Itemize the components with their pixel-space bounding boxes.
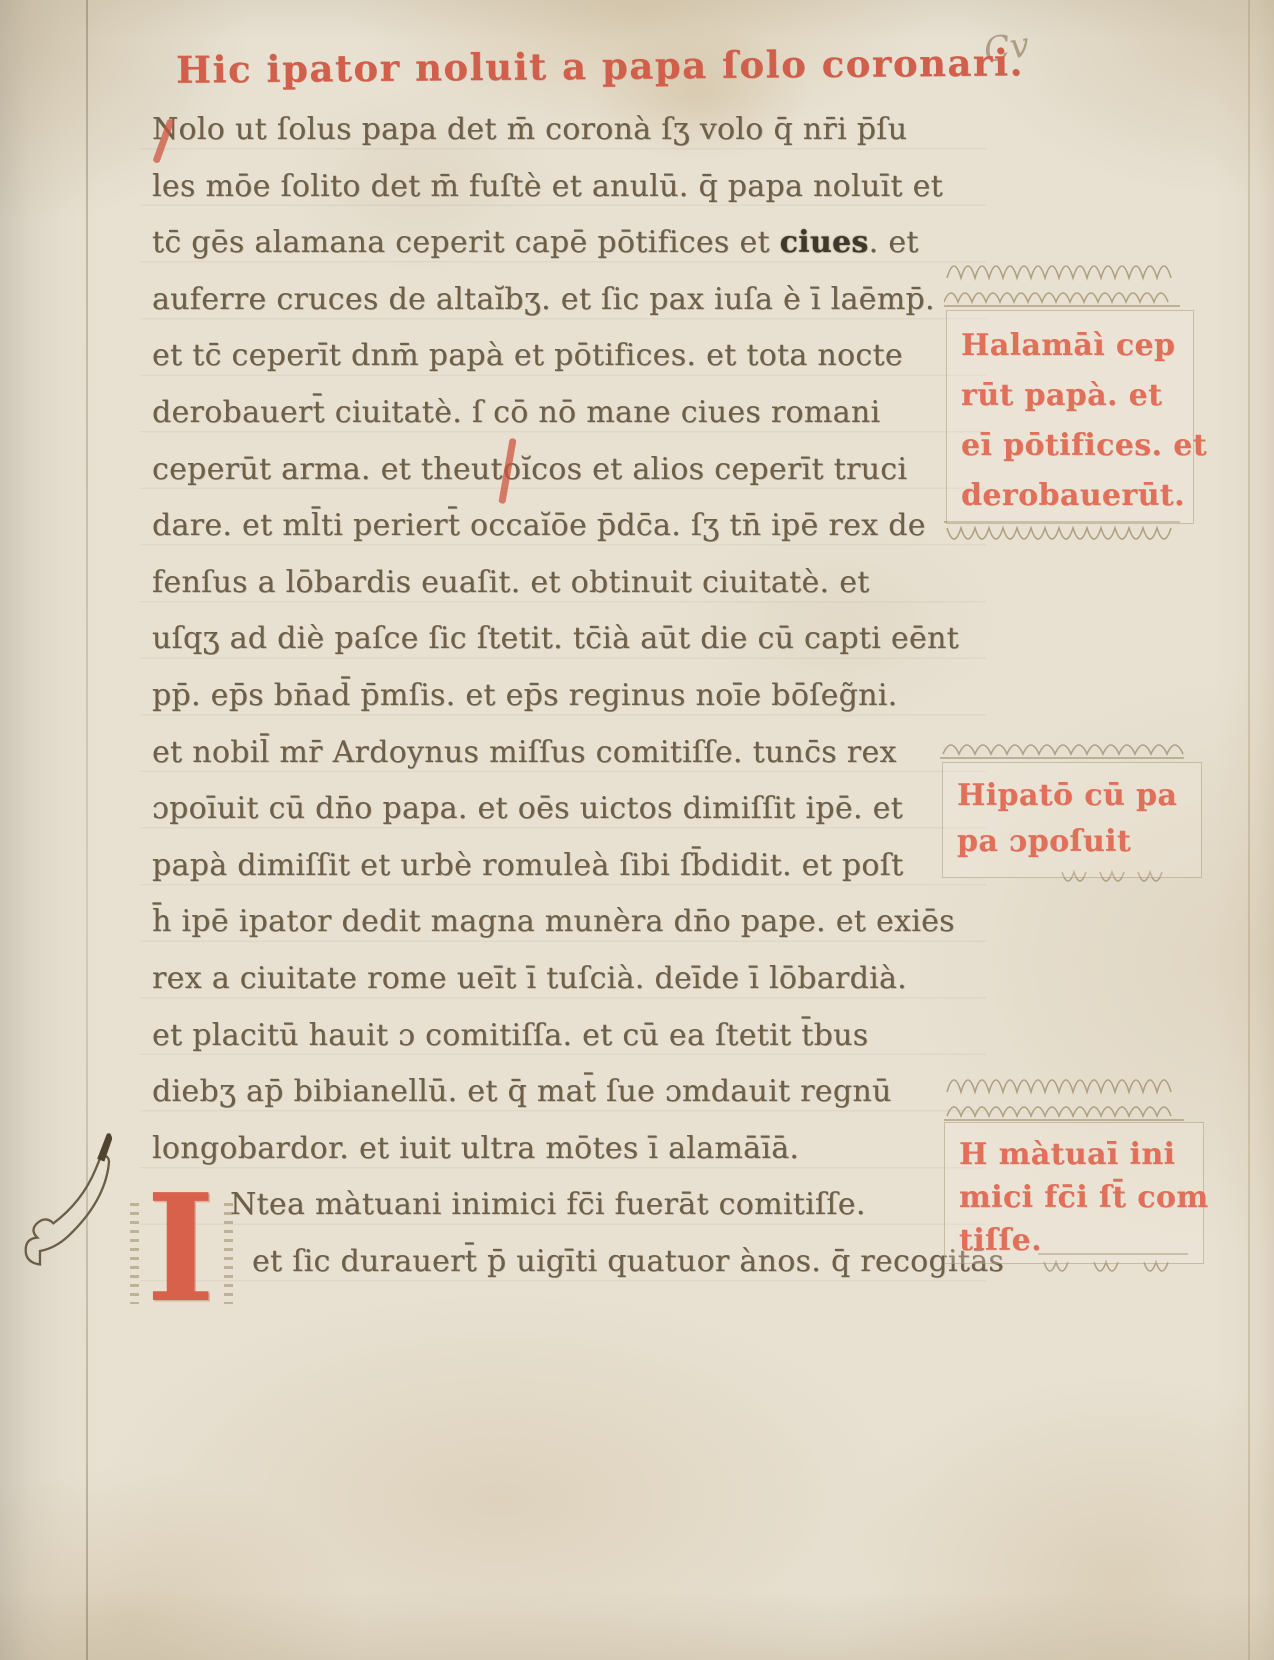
text-line: longobardor. et iuit ultra mōtes ī alamā… (152, 1131, 799, 1166)
penwork-flourish (940, 726, 1184, 762)
penwork-flourish (944, 1066, 1184, 1124)
margin-note-line: mici fc̄i ſt̄ com (959, 1176, 1193, 1219)
text-block: Nolo ut ſolus papa det m̄ coronà ſʒ volo… (152, 112, 986, 1322)
text-line: uſqʒ ad diè paſce ſic ſtetit. tc̄ià aūt … (152, 621, 959, 656)
penwork-flourish (944, 250, 1180, 310)
text-segment: . et (869, 225, 919, 260)
penwork-flourish (944, 518, 1180, 558)
margin-note-line: tiſſe. (959, 1219, 1193, 1262)
initial-capital: I (146, 1186, 215, 1312)
page-edge-seam (1248, 0, 1250, 1660)
text-line: dare. et ml̄ti periert̄ occaĭōe p̄dc̄a. … (152, 508, 926, 543)
margin-note-line: Halamāì cep (961, 321, 1183, 371)
text-line: et placitū hauit ɔ comitiſſa. et cū ea ſ… (152, 1018, 868, 1053)
text-line: rex a ciuitate rome ueīt ī tuſcià. deīde… (152, 961, 907, 996)
text-line: fenſus a lōbardis euaſit. et obtinuit ci… (152, 565, 870, 600)
margin-note-line: pa ɔpoſuit (957, 819, 1191, 865)
overwritten-word: ciues (780, 225, 869, 260)
text-line: ɔpoīuit cū dn̄o papa. et oēs uictos dimi… (152, 791, 903, 826)
text-line: Nolo ut ſolus papa det m̄ coronà ſʒ volo… (152, 112, 907, 147)
text-line: pp̄. ep̄s bn̄ad̄ p̄mſis. et ep̄s reginus… (152, 678, 898, 713)
margin-note-line: H màtuaī ini (959, 1133, 1193, 1176)
margin-note-line: derobauerūt. (961, 471, 1183, 521)
text-line: et tc̄ ceperīt dnm̄ papà et pōtifices. e… (152, 338, 903, 373)
text-line: auferre cruces de altaĭbʒ. et ſic pax iu… (152, 282, 935, 317)
margin-note-line: eī pōtifices. et (961, 421, 1183, 471)
text-line: papà dimiſſit et urbè romuleà ſibi ſb̄di… (152, 848, 904, 883)
manuscript-page: Cv Hic ipator noluit a papa ſolo coronar… (0, 0, 1274, 1660)
text-line: Ntea màtuani inimici fc̄i fuerāt comitiſ… (230, 1187, 866, 1222)
text-line: diebʒ ap̄ bibianellū. et q̄ mat̄ ſue ɔmd… (152, 1074, 892, 1109)
text-line: h̄ ipē ipator dedit magna munèra dn̄o pa… (152, 904, 955, 939)
text-line: derobauert̄ ciuitatè. ſ cō nō mane ciues… (152, 395, 880, 430)
text-line: tc̄ gēs alamana ceperit capē pōtifices e… (152, 225, 919, 260)
text-line: les mōe ſolito det m̄ fuſtè et anulū. q̄… (152, 169, 943, 204)
manicule-icon (18, 1116, 112, 1268)
margin-note: Hipatō cū papa ɔpoſuit (942, 762, 1202, 878)
margin-note-line: rūt papà. et (961, 371, 1183, 421)
margin-note: Halamāì ceprūt papà. eteī pōtifices. etd… (946, 310, 1194, 524)
rubric-heading: Hic ipator noluit a papa ſolo coronari. (176, 40, 1024, 91)
text-segment: tc̄ gēs alamana ceperit capē pōtifices e… (152, 225, 780, 260)
margin-note-line: Hipatō cū pa (957, 773, 1191, 819)
text-line: et nobil̄ mr̄ Ardoynus miſſus comitiſſe.… (152, 735, 897, 770)
margin-note: H màtuaī inimici fc̄i ſt̄ comtiſſe. (944, 1122, 1204, 1264)
text-line: et ſic durauert̄ p̄ uigīti quatuor ànos.… (252, 1244, 1004, 1279)
gutter-crease (86, 0, 88, 1660)
text-line: ceperūt arma. et theutoĭcos et alios cep… (152, 452, 907, 487)
